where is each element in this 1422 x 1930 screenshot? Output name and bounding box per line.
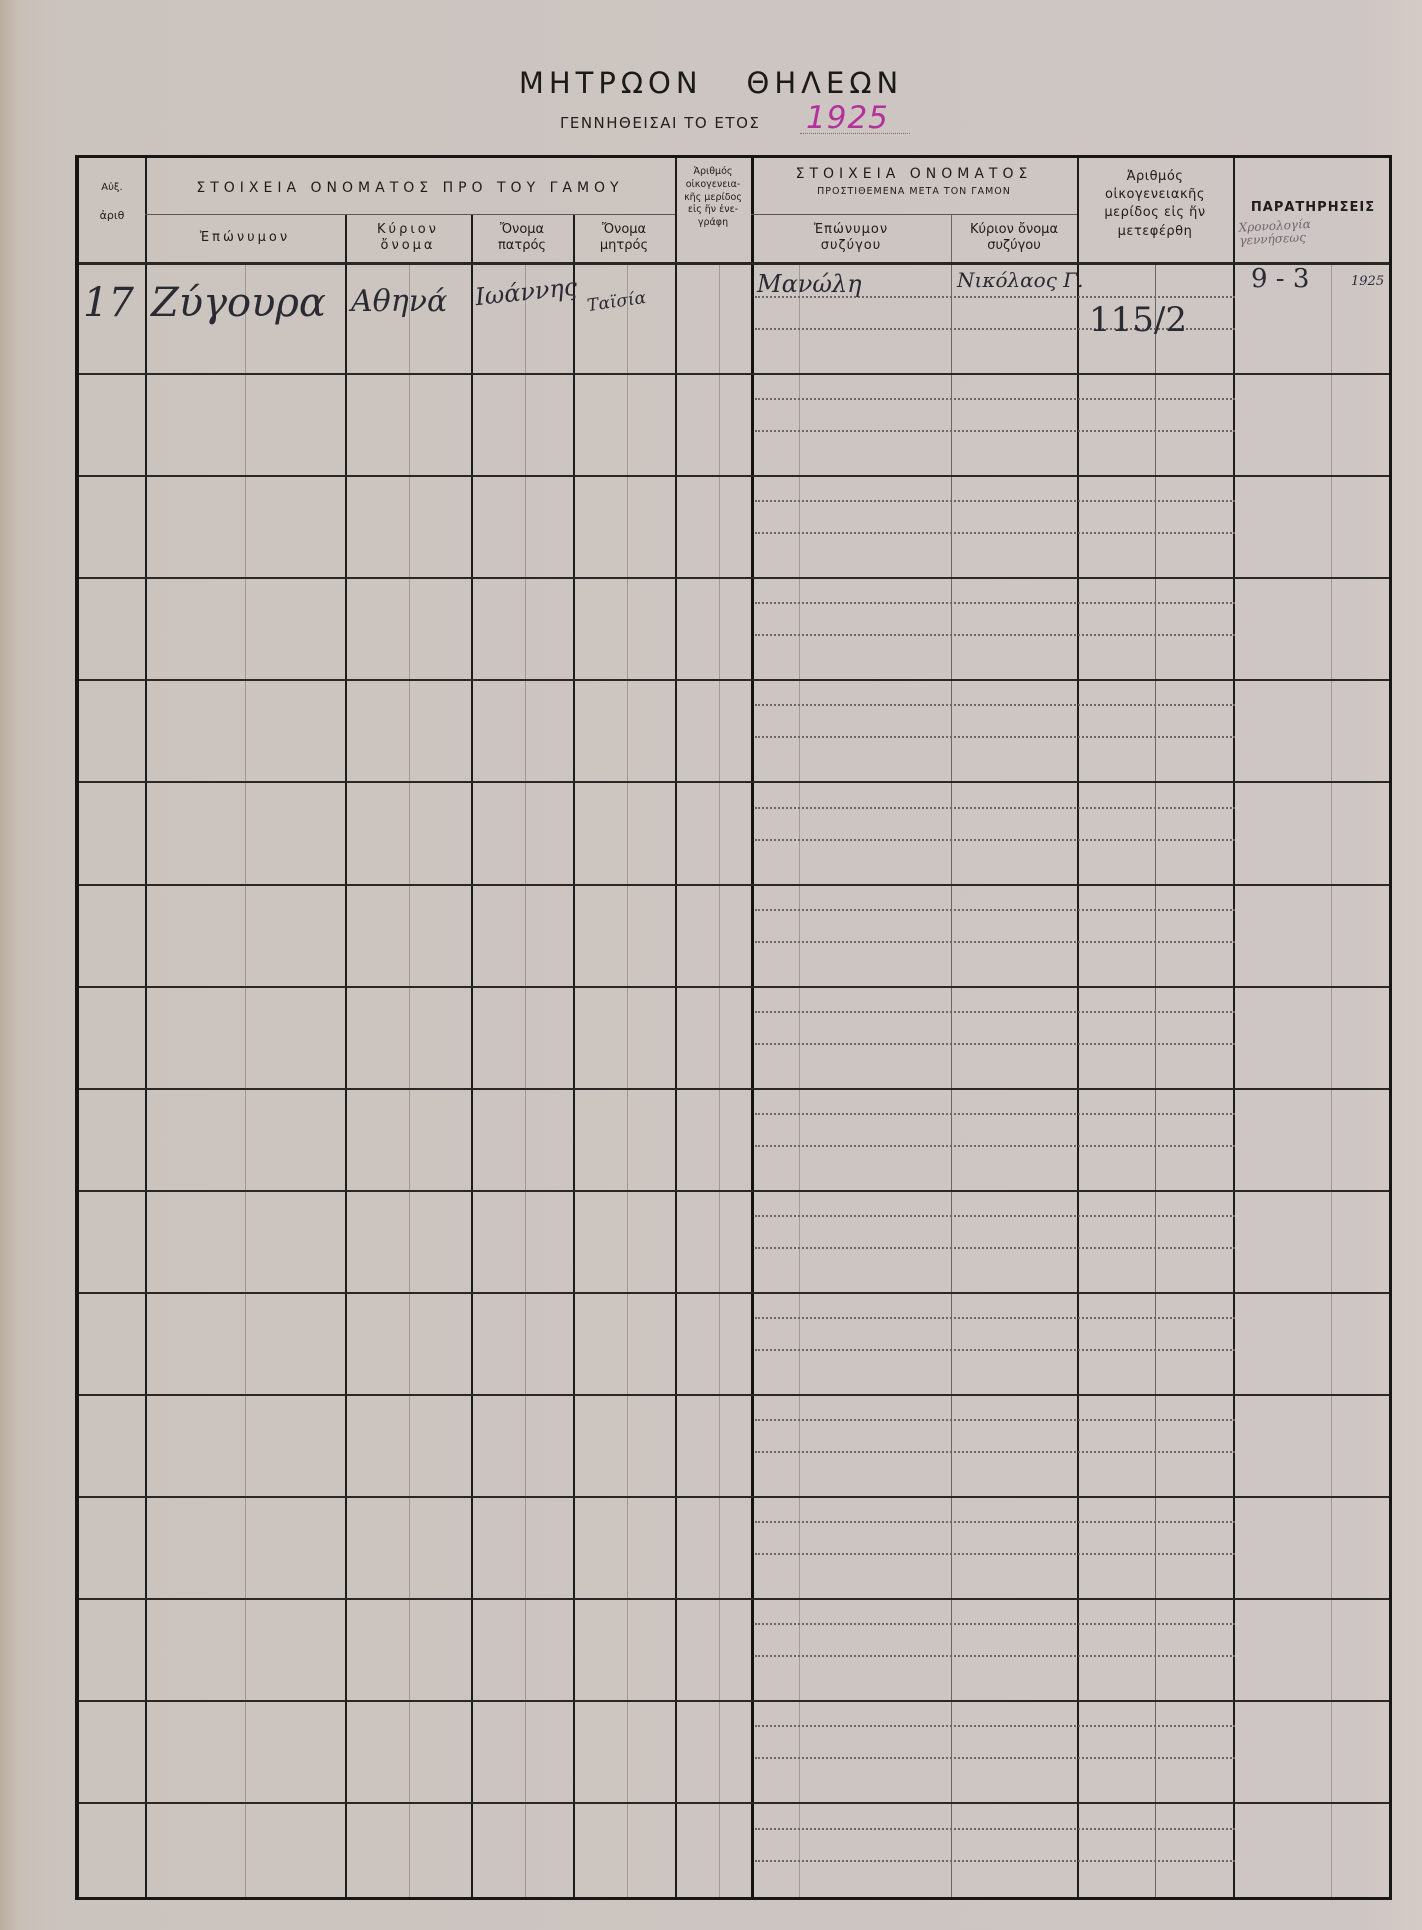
col-subdivider (409, 265, 410, 1897)
dotted-subline (755, 941, 1235, 943)
header-first-name: Κύριον ὄνομα (345, 222, 471, 255)
row-line (79, 1190, 1389, 1192)
dotted-subline (755, 602, 1235, 604)
col-divider-mother (675, 158, 677, 1897)
row-serial: 17 (83, 280, 134, 326)
col-subdivider (1331, 265, 1332, 1897)
col-divider-father (573, 214, 575, 1897)
header-surname: Ἐπώνυμον (145, 230, 345, 246)
row-line (79, 986, 1389, 988)
col-divider-spouse-first (1077, 158, 1079, 1897)
col-divider-spouse-surname (951, 214, 952, 1897)
dotted-subline (755, 1011, 1235, 1013)
col-subdivider (245, 265, 246, 1897)
row-line (79, 1802, 1389, 1804)
register-table: Αὐξ. ἀριθ ΣΤΟΙΧΕΙΑ ΟΝΟΜΑΤΟΣ ΠΡΟ ΤΟΥ ΓΑΜΟ… (75, 155, 1392, 1900)
dotted-subline (755, 1623, 1235, 1625)
dotted-subline (755, 1317, 1235, 1319)
row-line (79, 1700, 1389, 1702)
dotted-subline (755, 1655, 1235, 1657)
col-subdivider (1155, 265, 1156, 1897)
row-line (79, 1598, 1389, 1600)
row-surname: Ζύγουρα (151, 280, 326, 326)
dotted-subline (755, 1553, 1235, 1555)
dotted-subline (755, 430, 1235, 432)
row-line (79, 373, 1389, 375)
dotted-subline (755, 1247, 1235, 1249)
dotted-subline (755, 1145, 1235, 1147)
header-group-after-marriage: ΣΤΟΙΧΕΙΑ ΟΝΟΜΑΤΟΣ ΠΡΟΣΤΙΘΕΜΕΝΑ ΜΕΤΑ ΤΟΝ … (751, 166, 1077, 197)
row-line (79, 679, 1389, 681)
col-divider-serial (145, 158, 147, 1897)
row-line (79, 1496, 1389, 1498)
row-line (79, 1292, 1389, 1294)
header-spouse-first-name: Κύριον ὄνομα συζύγου (951, 222, 1077, 255)
dotted-subline (755, 807, 1235, 809)
page-subtitle: ΓΕΝΝΗΘΕΙΣΑΙ ΤΟ ΕΤΟΣ (560, 114, 760, 132)
row-line (79, 475, 1389, 477)
dotted-subline (755, 736, 1235, 738)
dotted-subline (755, 1828, 1235, 1830)
row-father-name: Ιωάννης (474, 273, 579, 312)
col-subdivider (627, 265, 628, 1897)
dotted-subline (755, 1757, 1235, 1759)
page-title: ΜΗΤΡΩΟΝΘΗΛΕΩΝ (0, 66, 1422, 100)
row-line (79, 781, 1389, 783)
dotted-subline (755, 1725, 1235, 1727)
title-right: ΘΗΛΕΩΝ (747, 66, 904, 100)
remarks-header-handwritten: Χρονολογία γεννήσεως (1238, 214, 1379, 248)
header-bottom-line (79, 262, 1389, 265)
row-line (79, 1394, 1389, 1396)
dotted-subline (755, 1521, 1235, 1523)
row-line (79, 577, 1389, 579)
year-handwritten: 1925 (806, 100, 889, 136)
dotted-subline (755, 1113, 1235, 1115)
header-group-before-marriage: ΣΤΟΙΧΕΙΑ ΟΝΟΜΑΤΟΣ ΠΡΟ ΤΟΥ ΓΑΜΟΥ (145, 180, 675, 198)
col-subdivider (719, 265, 720, 1897)
dotted-subline (755, 398, 1235, 400)
col-subdivider (799, 265, 800, 1897)
row-spouse-first-name: Νικόλαος Γ. (957, 268, 1084, 292)
header-group-line-left (145, 214, 675, 215)
dotted-subline (755, 1215, 1235, 1217)
col-divider-transferred (1233, 158, 1235, 1897)
dotted-subline (755, 1419, 1235, 1421)
dotted-subline (755, 1349, 1235, 1351)
row-mother-name: Ταϊσία (586, 288, 647, 316)
title-left: ΜΗΤΡΩΟΝ (519, 66, 703, 100)
col-divider-main (751, 158, 754, 1897)
row-remarks-date: 9 - 3 (1251, 264, 1309, 294)
header-mother-name: Ὄνομα μητρός (573, 222, 675, 255)
dotted-subline (755, 839, 1235, 841)
dotted-subline (755, 500, 1235, 502)
row-line (79, 884, 1389, 886)
header-father-name: Ὄνομα πατρός (471, 222, 573, 255)
col-divider-surname (345, 214, 347, 1897)
col-subdivider (525, 265, 526, 1897)
header-family-share-registered: Ἀριθμός οἰκογενεια- κῆς μερίδος εἰς ἥν ἐ… (675, 166, 751, 230)
row-remarks-year: 1925 (1351, 274, 1384, 289)
dotted-subline (755, 1043, 1235, 1045)
col-divider-firstname (471, 214, 473, 1897)
dotted-subline (755, 704, 1235, 706)
dotted-subline (755, 634, 1235, 636)
header-spouse-surname: Ἐπώνυμον συζύγου (751, 222, 951, 255)
row-spouse-surname: Μανώλη (757, 270, 862, 298)
row-family-share-transferred: 115/2 (1089, 300, 1187, 340)
dotted-subline (755, 1451, 1235, 1453)
year-underline (800, 133, 910, 134)
header-family-share-transferred: Ἀριθμός οἰκογενειακῆς μερίδος εἰς ἥν μετ… (1077, 168, 1233, 241)
row-line (79, 1088, 1389, 1090)
row-first-name: Αθηνά (351, 284, 447, 319)
dotted-subline (755, 1860, 1235, 1862)
header-group-line-right (751, 214, 1077, 215)
header-serial: Αὐξ. ἀριθ (79, 182, 145, 222)
dotted-subline (755, 909, 1235, 911)
dotted-subline (755, 532, 1235, 534)
